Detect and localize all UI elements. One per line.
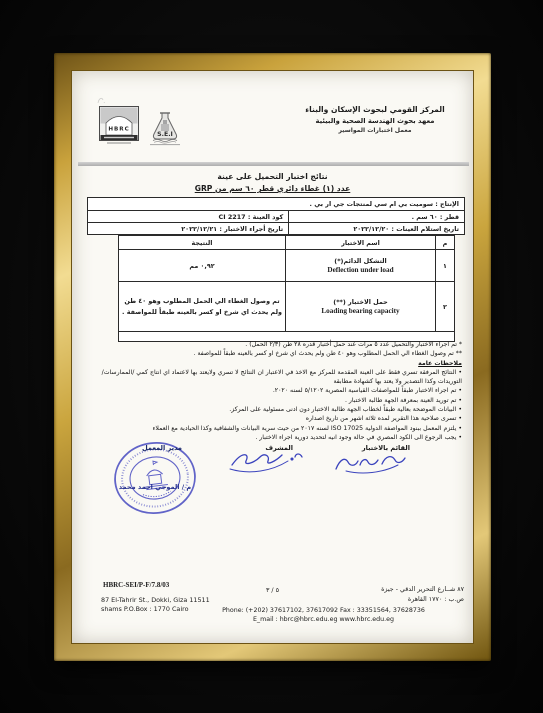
address-en-line2: shams P.O.Box : 1770 Cairo [101,605,189,613]
row2-num: ٢ [436,281,454,331]
email-web-line: E_mail : hbrc@hbrc.edu.eg www.hbrc.edu.e… [181,616,466,623]
address-en-line1: 87 El-Tahrir St., Dokki, Giza 11511 [101,596,210,604]
col-header-test: اسم الاختبار [286,236,436,249]
row2-test-en: Loading bearing capacity [321,307,399,315]
receive-date-cell: تاريخ استلام العينات : ٢٠٢٢/١٢/٢٠ [289,222,464,234]
gold-frame: HBRC S.E.I المركز القومي لبحوث الإسكان و… [54,53,491,661]
hbrc-logo: HBRC [99,106,139,146]
svg-text:HBRC: HBRC [108,127,129,133]
svg-text:S.E.I: S.E.I [157,131,173,138]
sei-logo: S.E.I [147,110,183,146]
row2-test: حمل الاختبار (**) Loading bearing capaci… [286,281,436,331]
row1-num: ١ [436,249,454,281]
report-title: نتائج اختبار التحميل على عينة عدد (١) غط… [71,171,474,195]
title-line1: نتائج اختبار التحميل على عينة [71,171,474,183]
production-cell: الإنتاج : سوميت بي ام سي لمنتجات جي ار ب… [88,198,464,210]
organization-header: المركز القومي لبحوث الإسكان والبناء معهد… [295,104,455,136]
note-bullet: • تم اجراء الاختبار طبقاً للمواصفات القي… [81,386,462,395]
address-ar-line2: ص.ب : ١٧٧٠ القاهرة [408,596,464,603]
note-bullet: • النتائج المرفقة تسري فقط على العينة ال… [81,368,462,387]
col-header-num: م [436,236,454,249]
row1-test: التشكل الدائم(*) Deflection under load [286,249,436,281]
general-notes-title: ملاحظات عامة [81,359,462,368]
row2-test-ar: حمل الاختبار (**) [333,298,387,306]
lab-manager-name: م / الموجي احمد محمد [103,483,207,491]
tester-signature [332,451,408,477]
note-bullet: • يلتزم المعمل ببنود المواصفة الدولية IS… [81,424,462,433]
notes-section: * تم اجراء الاختبار والتحميل عدد ٥ مرات … [81,340,462,442]
test-date-cell: تاريخ أجراء الاختبار : ٢٠٢٢/١٢/٢١ [88,222,289,234]
title-line2: عدد (١) غطاء دائري قطر ٦٠ سم من GRP [71,183,474,195]
note-bullet: • تسرى صلاحية هذا التقرير لمده ثلاثة اشه… [81,414,462,423]
row1-test-en: Deflection under load [327,266,393,274]
col-header-result: النتيجة [119,236,286,249]
phone-fax-line: Phone: (+202) 37617102, 37617092 Fax : 3… [181,607,466,614]
footnote-star2: ** تم وصول الغطاء الي الحمل المطلوب وهو … [81,349,462,358]
sample-code-cell: كود العينة : CI 2217 [88,210,289,222]
header-divider [78,162,469,166]
results-table: م اسم الاختبار النتيجة ١ التشكل الدائم(*… [118,235,455,342]
footnote-star1: * تم اجراء الاختبار والتحميل عدد ٥ مرات … [81,340,462,349]
diameter-cell: قطر : ٦٠ سم . [289,210,464,222]
org-name: المركز القومي لبحوث الإسكان والبناء [295,104,455,116]
row2-result: تم وصول الغطاء الي الحمل المطلوب وهو ٤٠ … [119,281,286,331]
pencil-mark [95,94,107,106]
framed-certificate-photo: HBRC S.E.I المركز القومي لبحوث الإسكان و… [0,0,543,713]
row1-result: ٠,٩٢ مم [119,249,286,281]
row1-test-ar: التشكل الدائم(*) [334,257,386,265]
institute-name: معهد بحوث الهندسة الصحية والبيئية [295,116,455,127]
note-bullet: • تم توريد العينة بمعرفة الجهة طالبة الا… [81,396,462,405]
note-bullet: • البيانات الموضحة بعالية طبقاً لخطاب ال… [81,405,462,414]
certificate-paper: HBRC S.E.I المركز القومي لبحوث الإسكان و… [71,70,474,644]
lab-manager-label: مدير المعمل [142,444,182,452]
address-ar-line1: ٨٧ شــارع التحرير الدقي - جيزة [381,586,464,593]
sample-info-table: الإنتاج : سوميت بي ام سي لمنتجات جي ار ب… [87,197,465,235]
lab-name: معمل اختبارات المواسير [295,126,455,135]
supervisor-signature [224,449,308,475]
